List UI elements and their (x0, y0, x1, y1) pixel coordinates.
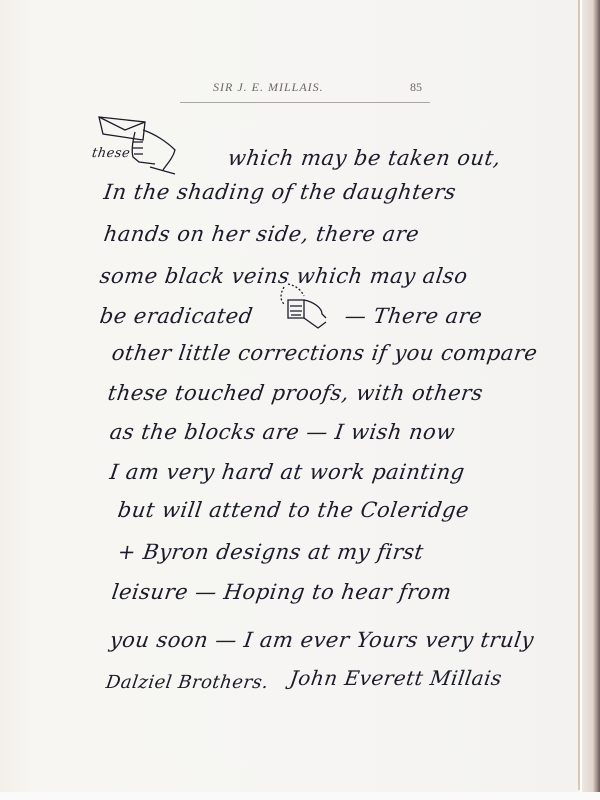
letter-line: leisure — Hoping to hear from (110, 580, 453, 604)
signature: John Everett Millais (288, 666, 503, 690)
page-number: 85 (410, 80, 422, 95)
hand-holding-envelope-sketch (95, 112, 190, 177)
page-edge (578, 0, 580, 790)
bottom-margin (0, 792, 600, 800)
letter-line: + Byron designs at my first (116, 540, 425, 564)
letter-line: be eradicated (98, 304, 254, 328)
letter-line: these touched proofs, with others (106, 381, 484, 405)
running-title: SIR J. E. MILLAIS. (213, 80, 513, 95)
letter-line: but will attend to the Coleridge (116, 498, 470, 522)
letter-line: hands on her side, there are (102, 222, 421, 246)
book-edge (582, 0, 600, 800)
header-rule (180, 102, 430, 103)
letter-line: as the blocks are — I wish now (108, 420, 456, 444)
letter-line: Dalziel Brothers. (105, 672, 270, 693)
hand-holding-block-sketch (278, 282, 340, 332)
letter-line: I am very hard at work painting (108, 460, 466, 484)
letter-line: — There are (343, 304, 484, 328)
letter-line: you soon — I am ever Yours very truly (108, 628, 535, 652)
book-page: SIR J. E. MILLAIS. 85 these which may be… (0, 0, 580, 792)
letter-line: other little corrections if you compare (110, 341, 539, 365)
annotation-text: these (91, 146, 131, 161)
letter-line: In the shading of the daughters (102, 180, 457, 204)
letter-line: which may be taken out, (226, 146, 502, 170)
